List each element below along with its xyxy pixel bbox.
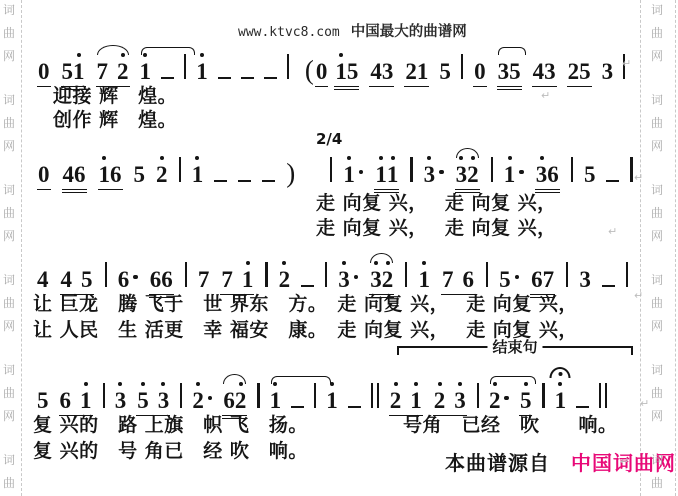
side-watermark-char-right: 网: [651, 50, 663, 62]
note: 15: [334, 60, 359, 87]
octave-dot-icon: [196, 382, 200, 386]
note-digit: 5: [579, 60, 591, 83]
barline: [105, 262, 107, 287]
note: 3: [115, 389, 127, 412]
barline: [180, 383, 182, 408]
note: 5: [499, 268, 519, 291]
octave-dot-icon: [422, 261, 426, 265]
note-digit: 1: [326, 389, 338, 412]
return-mark-icon: ↵: [634, 172, 643, 183]
note-digit: 2: [568, 60, 580, 83]
note: 0: [37, 60, 51, 87]
note: 72: [96, 60, 130, 87]
note: 1: [140, 60, 152, 83]
side-watermark-char-left: 网: [3, 230, 15, 242]
source-credit: 本曲谱源自 中国词曲网: [445, 447, 676, 476]
barline: [287, 54, 289, 79]
side-watermark-char-left: 曲: [3, 297, 15, 309]
note: 35: [497, 60, 522, 87]
note: 46: [62, 163, 87, 190]
note-digit: 1: [73, 60, 85, 83]
note-digit: 3: [456, 163, 468, 186]
note-digit: 5: [439, 60, 451, 83]
note-digit: 7: [543, 268, 555, 291]
note-digit: 5: [520, 389, 532, 412]
side-watermark-char-left: 网: [3, 320, 15, 332]
slur-tie-icon: [271, 376, 331, 384]
barline: [330, 157, 332, 182]
return-mark-icon: ↵: [620, 456, 629, 467]
return-mark-icon: ↵: [608, 226, 617, 237]
note: 66: [149, 268, 174, 295]
return-mark-icon: ↵: [622, 58, 631, 69]
lyric-line: 走 向复 兴， 走 向复 兴，: [316, 193, 557, 214]
duration-dash: [301, 285, 314, 287]
note: 43: [532, 60, 557, 87]
note: 25: [567, 60, 592, 87]
octave-dot-icon: [84, 382, 88, 386]
note: 2: [489, 389, 509, 412]
note: 4: [37, 268, 49, 291]
duration-dash: [291, 406, 304, 408]
note-digit: 7: [97, 60, 109, 83]
barline: [571, 157, 573, 182]
note: 21: [389, 389, 423, 416]
note: 71: [220, 268, 254, 295]
note: 5: [37, 389, 49, 412]
slur-tie-icon: [141, 47, 195, 55]
augmentation-dot-icon: [359, 170, 364, 175]
barline: [630, 157, 632, 182]
note: 0: [315, 60, 329, 87]
note-digit: 1: [418, 268, 430, 291]
octave-dot-icon: [118, 382, 122, 386]
octave-dot-icon: [160, 156, 164, 160]
side-watermark-char-right: 网: [651, 320, 663, 332]
octave-dot-icon: [161, 382, 165, 386]
note: 1: [270, 389, 282, 412]
parenthesis: ): [286, 160, 295, 187]
side-watermark-char-right: 曲: [651, 387, 663, 399]
barline: [461, 54, 463, 79]
note-digit: 5: [347, 60, 359, 83]
side-watermark-char-left: 网: [3, 140, 15, 152]
double-barline: [371, 383, 379, 408]
note: 1: [418, 268, 430, 291]
note: 5: [519, 389, 533, 416]
note-digit: 4: [370, 60, 382, 83]
note: 0: [37, 163, 51, 190]
octave-dot-icon: [282, 261, 286, 265]
augmentation-dot-icon: [439, 170, 444, 175]
slur-tie-icon: [490, 376, 536, 384]
notation-row-2: 04616521)1113321365: [37, 157, 633, 191]
note-digit: 2: [382, 268, 394, 291]
return-mark-icon: ↵: [640, 398, 649, 409]
side-watermark-char-left: 网: [3, 410, 15, 422]
note-digit: 4: [61, 268, 73, 291]
note-digit: 4: [533, 60, 545, 83]
lyric-line: 让 人民 生 活更 幸 福安 康。 走 向复 兴， 走 向复 兴，: [33, 320, 578, 341]
slur-tie-icon: [456, 148, 479, 158]
note-digit: 2: [279, 268, 291, 291]
duration-dash: [602, 285, 615, 287]
note-digit: 2: [156, 163, 168, 186]
note-digit: 2: [434, 389, 446, 412]
augmentation-dot-icon: [504, 396, 509, 401]
sheet-music-page: www.ktvc8.com 中国最大的曲谱网 2/4 结束句 本曲谱源自 中国词…: [0, 0, 678, 496]
note-digit: 5: [134, 163, 146, 186]
note-digit: 3: [602, 60, 614, 83]
note-digit: 5: [37, 389, 49, 412]
note-digit: 5: [509, 60, 521, 83]
side-watermark-char-left: 曲: [3, 27, 15, 39]
note: 32: [455, 163, 480, 190]
note-digit: 3: [424, 163, 436, 186]
note: 5: [439, 60, 451, 83]
fermata-icon: [550, 367, 571, 378]
note-digit: 0: [474, 60, 486, 83]
side-watermark-char-right: 词: [651, 274, 663, 286]
note-digit: 6: [161, 268, 173, 291]
octave-dot-icon: [558, 382, 562, 386]
side-watermark-char-left: 曲: [3, 477, 15, 489]
note-digit: 4: [37, 268, 49, 291]
note: 3: [338, 268, 358, 291]
augmentation-dot-icon: [133, 275, 138, 280]
barline: [542, 383, 544, 408]
augmentation-dot-icon: [208, 396, 213, 401]
duration-dash: [576, 406, 589, 408]
note-digit: 0: [316, 60, 328, 83]
note: 62: [222, 389, 247, 416]
note-digit: 3: [454, 389, 466, 412]
note: 7: [198, 268, 210, 291]
lyric-line: 让 巨龙 腾 飞于 世 界东 方。 走 向复 兴， 走 向复 兴，: [33, 294, 578, 315]
note-digit: 6: [118, 268, 130, 291]
side-watermark-char-left: 词: [3, 364, 15, 376]
barline: [405, 262, 407, 287]
note-digit: 6: [462, 268, 474, 291]
duration-dash: [218, 77, 231, 79]
octave-dot-icon: [347, 156, 351, 160]
top-watermark: www.ktvc8.com 中国最大的曲谱网: [238, 20, 467, 41]
note-digit: 1: [375, 163, 387, 186]
note: 5: [134, 163, 146, 186]
note-digit: 1: [80, 389, 92, 412]
note-digit: 3: [498, 60, 510, 83]
slur-tie-icon: [97, 45, 129, 55]
side-watermark-char-left: 词: [3, 4, 15, 16]
side-watermark-char-left: 词: [3, 274, 15, 286]
ending-phrase-bracket: 结束句: [397, 346, 633, 357]
note-digit: 3: [536, 163, 548, 186]
lyric-line: 复 兴的 号 角已 经 吹 响。: [33, 441, 308, 462]
barline: [325, 262, 327, 287]
octave-dot-icon: [246, 261, 250, 265]
note: 3: [579, 268, 591, 291]
side-watermark-char-right: 词: [651, 184, 663, 196]
augmentation-dot-icon: [515, 275, 520, 280]
barline: [314, 383, 316, 408]
side-watermark-char-left: 词: [3, 454, 15, 466]
note: 16: [98, 163, 123, 190]
barline: [477, 383, 479, 408]
octave-dot-icon: [379, 156, 383, 160]
note: 1: [504, 163, 524, 186]
octave-dot-icon: [102, 156, 106, 160]
notation-row-1: 0517211(0154321503543253: [37, 54, 625, 88]
side-watermark-char-right: 网: [651, 140, 663, 152]
barline: [626, 262, 628, 287]
note-digit: 1: [417, 60, 429, 83]
side-watermark-char-right: 词: [651, 4, 663, 16]
right-dashed-border: [640, 0, 641, 496]
side-watermark-char-right: 曲: [651, 27, 663, 39]
duration-dash: [262, 180, 275, 182]
note: 76: [441, 268, 475, 295]
side-watermark-char-left: 网: [3, 50, 15, 62]
note-digit: 6: [531, 268, 543, 291]
octave-dot-icon: [195, 156, 199, 160]
side-watermark-char-right: 词: [651, 364, 663, 376]
side-watermark-char-left: 曲: [3, 117, 15, 129]
note-digit: 1: [196, 60, 208, 83]
octave-dot-icon: [200, 53, 204, 57]
note-digit: 6: [60, 389, 72, 412]
lyric-line: 创作 辉 煌。: [53, 110, 177, 131]
note-digit: 6: [74, 163, 86, 186]
note: 2: [156, 163, 168, 186]
octave-dot-icon: [508, 156, 512, 160]
note: 6: [118, 268, 138, 291]
note-digit: 1: [410, 389, 422, 412]
watermark-site: 中国最大的曲谱网: [351, 24, 467, 40]
note: 3: [424, 163, 444, 186]
double-barline: [599, 383, 607, 408]
note-digit: 1: [343, 163, 355, 186]
duration-dash: [238, 180, 251, 182]
note-digit: 1: [242, 268, 254, 291]
note-digit: 4: [63, 163, 75, 186]
note-digit: 2: [192, 389, 204, 412]
duration-dash: [348, 406, 361, 408]
note: 1: [192, 163, 204, 186]
note-digit: 0: [38, 60, 50, 83]
right-edge-dashed-border: [675, 0, 676, 496]
slur-tie-icon: [370, 253, 393, 263]
slur-tie-icon: [498, 47, 526, 55]
duration-dash: [606, 180, 619, 182]
note-digit: 2: [489, 389, 501, 412]
lyric-line: 复 兴的 路 上旗 帜 飞 扬。: [33, 415, 308, 436]
note: 5: [584, 163, 596, 186]
note: 61: [59, 389, 93, 416]
note: 51: [61, 60, 86, 87]
duration-dash: [241, 77, 254, 79]
side-watermark-char-right: 曲: [651, 477, 663, 489]
source-prefix: 本曲谱源自: [445, 451, 550, 475]
octave-dot-icon: [391, 156, 395, 160]
duration-dash: [214, 180, 227, 182]
octave-dot-icon: [342, 261, 346, 265]
note-digit: 1: [555, 389, 567, 412]
note: 1: [326, 389, 338, 412]
octave-dot-icon: [438, 382, 442, 386]
note: 2: [192, 389, 212, 412]
note-digit: 1: [270, 389, 282, 412]
note: 43: [369, 60, 394, 87]
note: 36: [535, 163, 560, 190]
note-digit: 6: [223, 389, 235, 412]
octave-dot-icon: [540, 156, 544, 160]
note-digit: 1: [387, 163, 399, 186]
note-digit: 7: [198, 268, 210, 291]
note-digit: 2: [117, 60, 129, 83]
note: 1: [343, 163, 363, 186]
octave-dot-icon: [330, 382, 334, 386]
note-digit: 1: [335, 60, 347, 83]
note: 53: [136, 389, 170, 416]
lyric-line: 走 向复 兴， 走 向复 兴，: [316, 218, 557, 239]
note: 67: [530, 268, 555, 295]
note: 1: [196, 60, 208, 83]
lyric-line: 号角 已经 吹 响。: [403, 415, 618, 436]
side-watermark-char-right: 曲: [651, 297, 663, 309]
note-digit: 6: [150, 268, 162, 291]
augmentation-dot-icon: [519, 170, 524, 175]
notation-row-4: 561353262112123251: [37, 383, 607, 417]
note-digit: 3: [338, 268, 350, 291]
note-digit: 0: [38, 163, 50, 186]
note-digit: 3: [115, 389, 127, 412]
barline: [103, 383, 105, 408]
return-mark-icon: ↵: [634, 290, 643, 301]
note: 45: [60, 268, 94, 295]
note-digit: 1: [504, 163, 516, 186]
duration-dash: [161, 77, 174, 79]
note: 32: [369, 268, 394, 295]
side-watermark-char-right: 词: [651, 454, 663, 466]
parenthesis: (: [305, 57, 314, 84]
note-digit: 3: [579, 268, 591, 291]
note-digit: 7: [221, 268, 233, 291]
side-watermark-char-left: 词: [3, 184, 15, 196]
note: 3: [602, 60, 614, 83]
note: 11: [374, 163, 399, 190]
slur-tie-icon: [223, 374, 246, 384]
barline: [265, 262, 267, 287]
side-watermark-char-left: 词: [3, 94, 15, 106]
octave-dot-icon: [414, 382, 418, 386]
watermark-url: www.ktvc8.com: [238, 25, 340, 40]
note: 21: [404, 60, 429, 87]
octave-dot-icon: [339, 53, 343, 57]
side-watermark-char-right: 曲: [651, 117, 663, 129]
octave-dot-icon: [77, 53, 81, 57]
note-digit: 6: [110, 163, 122, 186]
note-digit: 1: [192, 163, 204, 186]
return-mark-icon: ↵: [541, 90, 550, 101]
barline: [257, 383, 259, 408]
barline: [566, 262, 568, 287]
note-digit: 2: [235, 389, 247, 412]
note-digit: 7: [442, 268, 454, 291]
note-digit: 3: [382, 60, 394, 83]
time-signature: 2/4: [316, 130, 342, 148]
notation-row-3: 44566677123321765673: [37, 262, 628, 296]
note-digit: 1: [99, 163, 111, 186]
barline: [179, 157, 181, 182]
note-digit: 1: [140, 60, 152, 83]
note-digit: 3: [544, 60, 556, 83]
note-digit: 6: [547, 163, 559, 186]
note-digit: 5: [499, 268, 511, 291]
octave-dot-icon: [524, 382, 528, 386]
octave-dot-icon: [458, 382, 462, 386]
note-digit: 5: [81, 268, 93, 291]
side-watermark-char-right: 网: [651, 410, 663, 422]
duration-dash: [264, 77, 277, 79]
side-watermark-char-right: 网: [651, 230, 663, 242]
note-digit: 3: [158, 389, 170, 412]
note-digit: 5: [584, 163, 596, 186]
barline: [486, 262, 488, 287]
barline: [184, 54, 186, 79]
note-digit: 2: [405, 60, 417, 83]
augmentation-dot-icon: [354, 275, 359, 280]
left-dashed-border: [21, 0, 22, 496]
note-digit: 5: [62, 60, 74, 83]
note-digit: 5: [137, 389, 149, 412]
octave-dot-icon: [427, 156, 431, 160]
side-watermark-char-right: 词: [651, 94, 663, 106]
lyric-line: 迎接 辉 煌。: [53, 86, 177, 107]
barline: [185, 262, 187, 287]
note: 23: [433, 389, 467, 416]
note-digit: 3: [370, 268, 382, 291]
side-watermark-char-left: 曲: [3, 207, 15, 219]
octave-dot-icon: [394, 382, 398, 386]
note: 2: [279, 268, 291, 291]
barline: [491, 157, 493, 182]
side-watermark-char-left: 曲: [3, 387, 15, 399]
note-digit: 2: [390, 389, 402, 412]
side-watermark-char-right: 曲: [651, 207, 663, 219]
barline: [410, 157, 412, 182]
note-digit: 2: [467, 163, 479, 186]
octave-dot-icon: [141, 382, 145, 386]
note: 0: [473, 60, 487, 87]
note: 1: [555, 389, 567, 412]
